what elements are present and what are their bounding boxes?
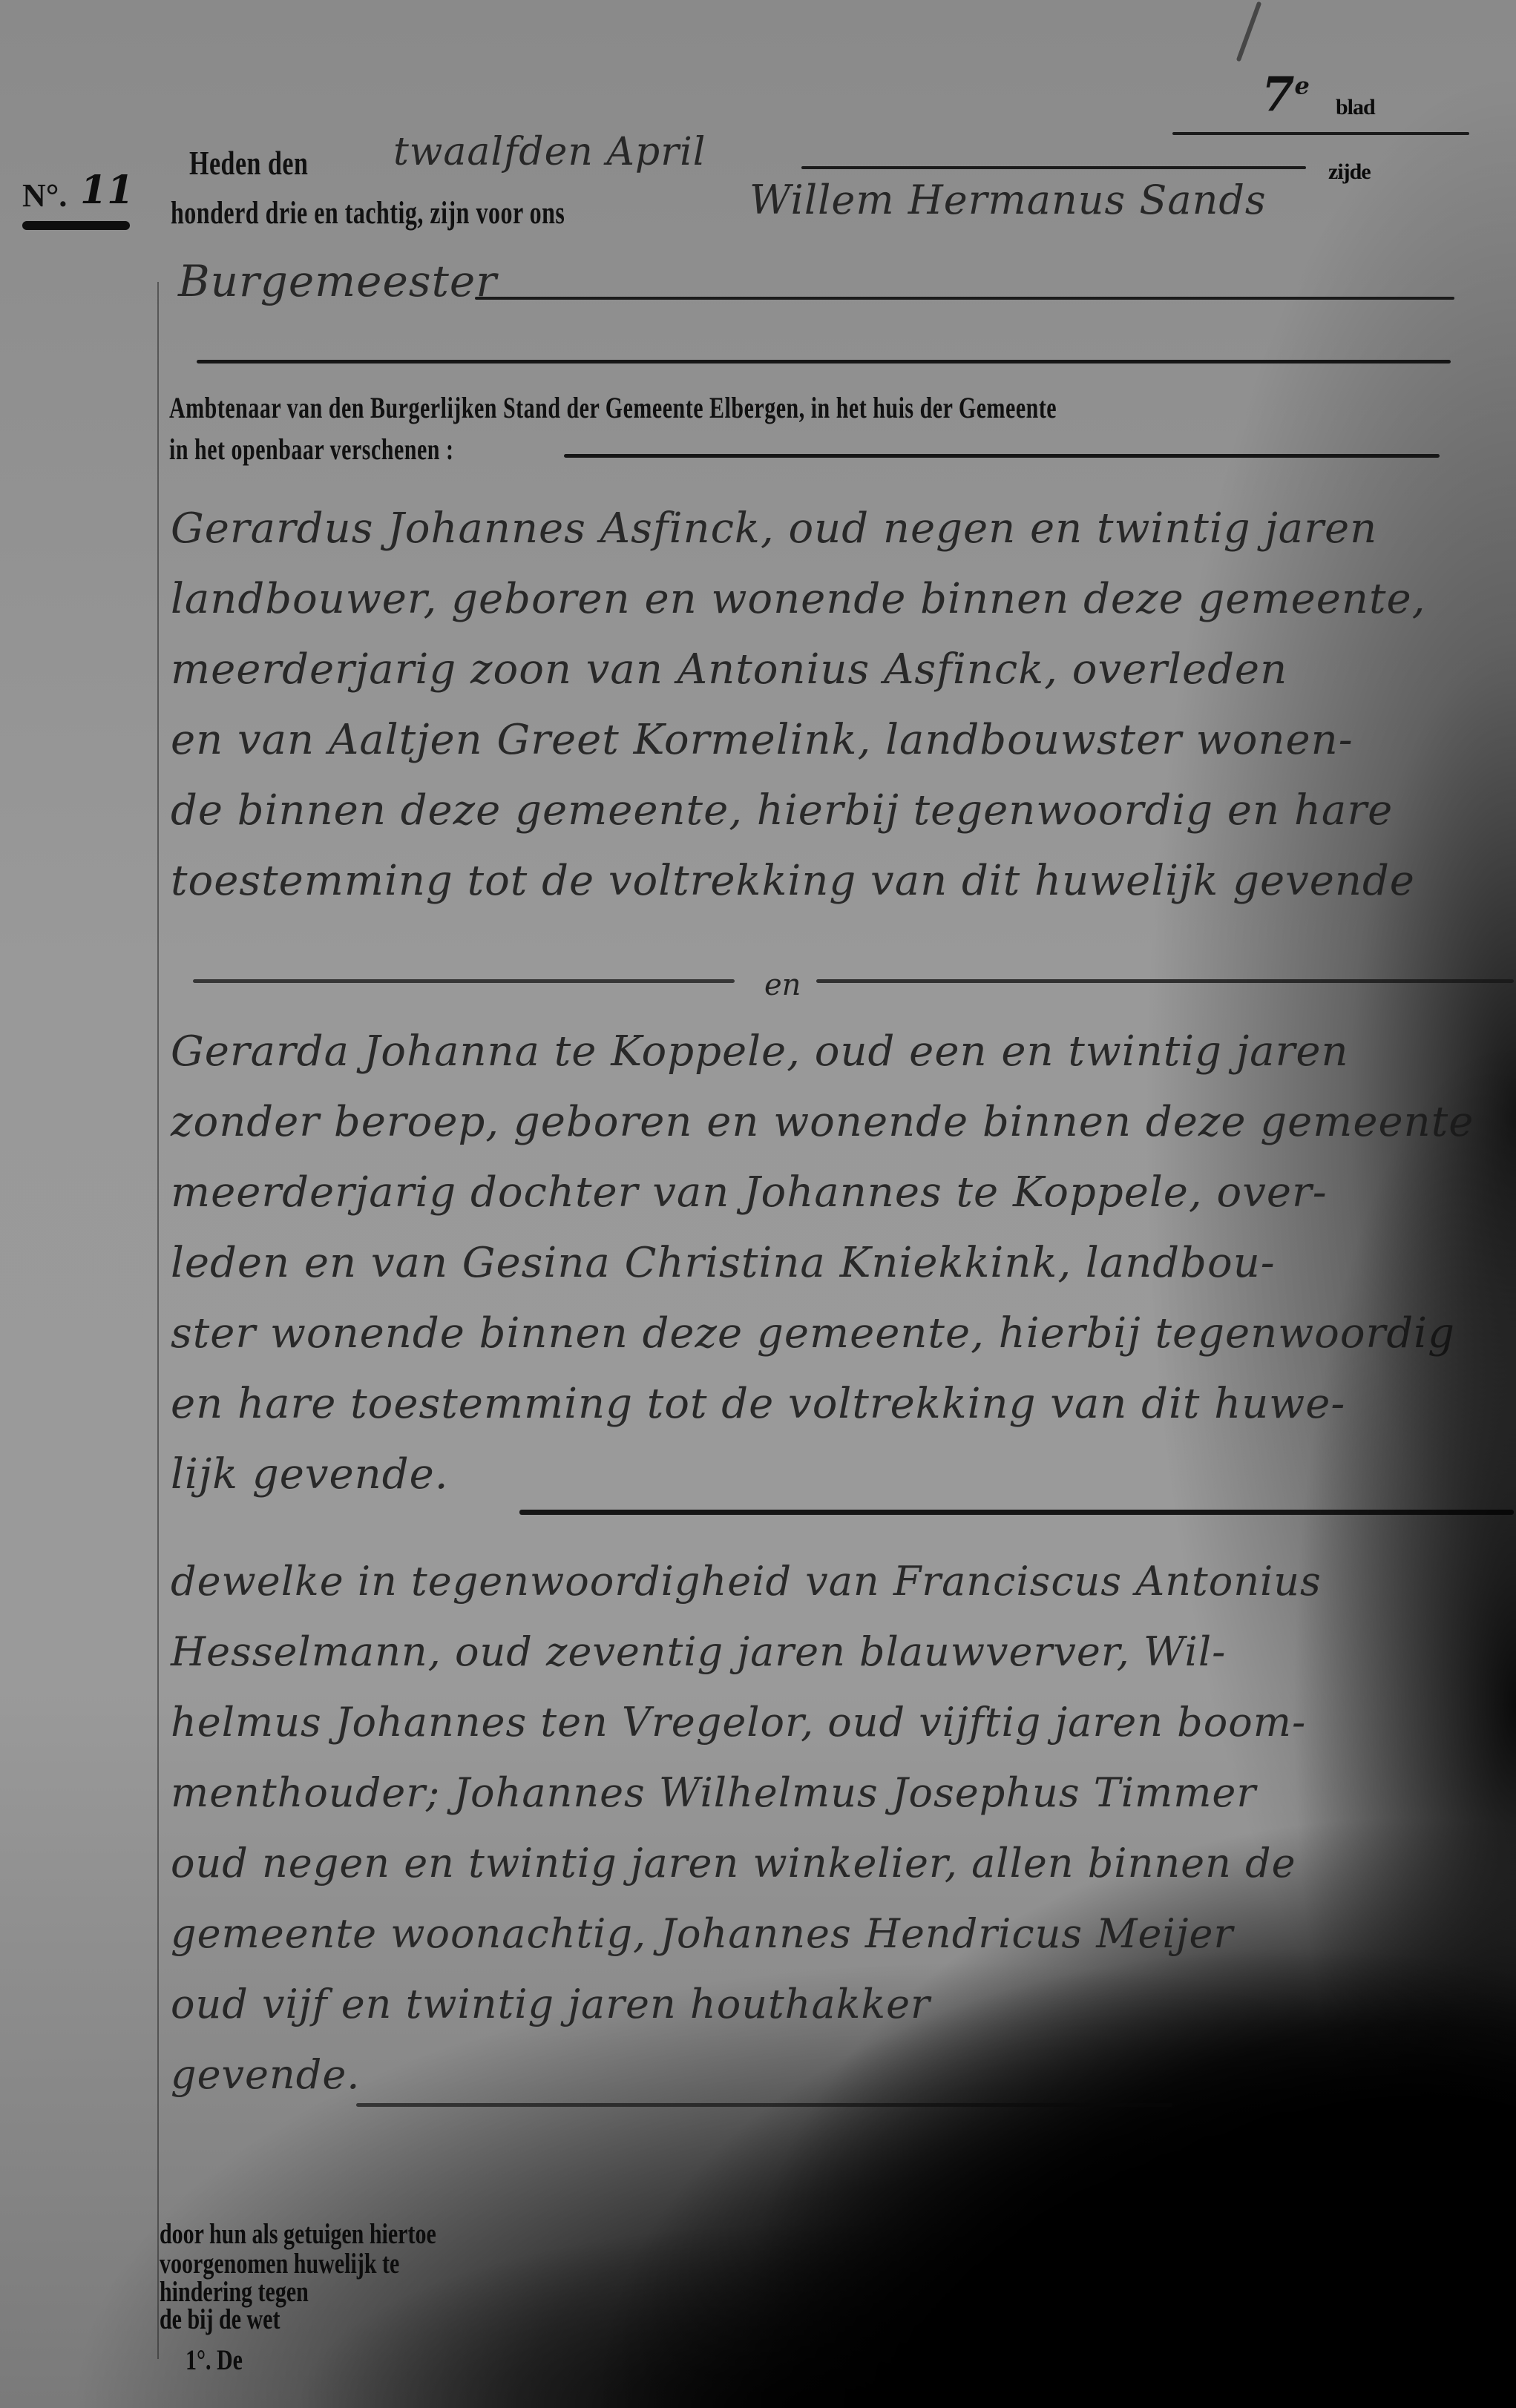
witness-line-2: Hesselmann, oud zeventig jaren blauwverv… xyxy=(171,1628,1226,1675)
corner-stamp-zijde: zijde xyxy=(1328,159,1371,185)
record-number-label: N°. xyxy=(22,177,67,214)
bride-line-4: leden en van Gesina Christina Kniekkink,… xyxy=(171,1239,1276,1287)
groom-line-1: Gerardus Johannes Asfinck, oud negen en … xyxy=(171,504,1377,553)
witness-line-7: oud vijf en twintig jaren houthakker xyxy=(171,1981,931,2027)
printed-verschenen: in het openbaar verschenen : xyxy=(169,433,453,467)
witness-line-1: dewelke in tegenwoordigheid van Francisc… xyxy=(171,1558,1322,1605)
groom-line-4: en van Aaltjen Greet Kormelink, landbouw… xyxy=(171,716,1353,764)
record-number: 11 xyxy=(80,168,134,213)
record-number-underline xyxy=(22,221,130,230)
witness-end-rule xyxy=(356,2103,1172,2107)
groom-line-5: de binnen deze gemeente, hierbij tegenwo… xyxy=(171,786,1393,835)
verschenen-rule xyxy=(564,454,1440,458)
conjunction-rule-left xyxy=(193,979,735,983)
title-rule xyxy=(475,297,1454,300)
blank-line-rule xyxy=(197,360,1451,363)
groom-line-2: landbouwer, geboren en wonende binnen de… xyxy=(171,575,1425,623)
witness-line-8: gevende. xyxy=(171,2051,360,2098)
printed-heden-den: Heden den xyxy=(189,145,308,183)
witness-line-3: helmus Johannes ten Vregelor, oud vijfti… xyxy=(171,1699,1306,1746)
bride-line-6: en hare toestemming tot de voltrekking v… xyxy=(171,1380,1345,1428)
printed-year-line: honderd drie en tachtig, zijn voor ons xyxy=(171,194,565,231)
corner-rule xyxy=(1172,132,1469,135)
conjunction-rule-right xyxy=(816,979,1514,983)
footer-printed-line-1: door hun als getuigen hiertoe xyxy=(160,2218,436,2251)
bride-line-7: lijk gevende. xyxy=(171,1450,449,1499)
bride-end-rule xyxy=(519,1510,1514,1515)
page-sequence-superscript: e xyxy=(1295,72,1310,100)
page-sequence-mark: 7e xyxy=(1261,67,1310,122)
handwritten-date: twaalfden April xyxy=(393,130,706,174)
witness-line-5: oud negen en twintig jaren winkelier, al… xyxy=(171,1840,1296,1886)
date-rule xyxy=(801,166,1306,169)
bride-line-3: meerderjarig dochter van Johannes te Kop… xyxy=(171,1168,1328,1217)
witness-line-6: gemeente woonachtig, Johannes Hendricus … xyxy=(171,1910,1233,1957)
footer-printed-line-5: 1°. De xyxy=(186,2344,243,2377)
handwritten-official-name: Willem Hermanus Sands xyxy=(749,177,1267,223)
conjunction-en: en xyxy=(764,968,801,1002)
page-sequence-number: 7 xyxy=(1261,67,1295,122)
witness-line-4: menthouder; Johannes Wilhelmus Josephus … xyxy=(171,1769,1256,1816)
handwritten-official-title: Burgemeester xyxy=(178,256,497,306)
groom-line-6: toestemming tot de voltrekking van dit h… xyxy=(171,857,1415,905)
bride-line-1: Gerarda Johanna te Koppele, oud een en t… xyxy=(171,1027,1349,1076)
footer-printed-line-4: de bij de wet xyxy=(160,2303,280,2336)
bride-line-2: zonder beroep, geboren en wonende binnen… xyxy=(171,1098,1474,1146)
margin-rule xyxy=(157,282,159,2359)
printed-ambtenaar: Ambtenaar van den Burgerlijken Stand der… xyxy=(169,392,1057,426)
bride-line-5: ster wonende binnen deze gemeente, hierb… xyxy=(171,1309,1455,1358)
groom-line-3: meerderjarig zoon van Antonius Asfinck, … xyxy=(171,645,1287,694)
corner-stamp-blad: blad xyxy=(1336,95,1375,120)
